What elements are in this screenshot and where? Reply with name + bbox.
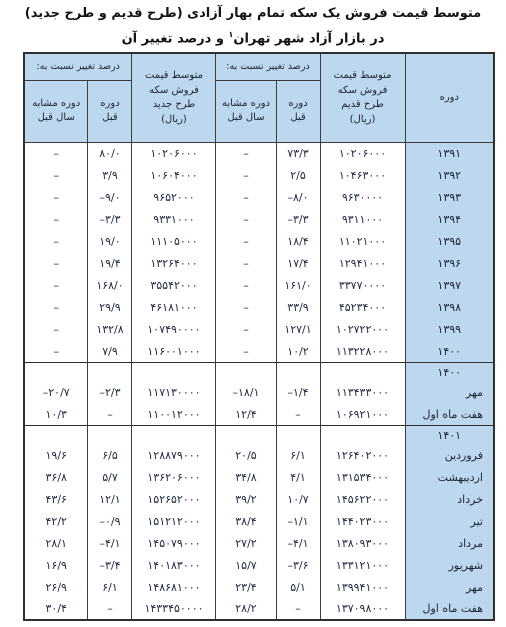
pct-change-cell: ۵/۷	[88, 466, 132, 488]
period-cell: ۱۳۹۹	[405, 318, 494, 340]
table-row: ۱۳۹۴۹۳۱۱۰۰۰–۳/۳–۹۳۳۱۰۰۰–۳/۳–	[24, 208, 494, 230]
period-cell: ۱۴۰۰	[405, 362, 494, 381]
old-price-cell: ۱۰۶۹۲۱۰۰۰	[320, 403, 405, 425]
period-cell: مهر	[405, 381, 494, 403]
pct-change-cell: –	[216, 208, 276, 230]
header-pct-change-old: درصد تغییر نسبت به:	[216, 53, 320, 80]
new-price-cell: ۴۶۱۸۱۰۰۰	[132, 296, 216, 318]
pct-change-cell: –۳/۴	[88, 554, 132, 576]
pct-change-cell: –	[24, 208, 88, 230]
period-cell: ۱۳۹۴	[405, 208, 494, 230]
period-cell: ۱۳۹۵	[405, 230, 494, 252]
pct-change-cell: –	[24, 186, 88, 208]
old-price-cell: ۱۳۳۱۲۱۰۰۰	[320, 554, 405, 576]
pct-change-cell: ۷/۹	[88, 340, 132, 362]
table-row: مهر۱۳۹۹۴۱۰۰۰۵/۱۲۳/۴۱۴۸۶۸۱۰۰۰۶/۱۲۶/۹	[24, 576, 494, 598]
pct-change-cell: ۳۳/۹	[276, 296, 320, 318]
pct-change-cell: –	[276, 598, 320, 620]
table-body: ۱۳۹۱۱۰۲۰۶۰۰۰۷۳/۳–۱۰۲۰۶۰۰۰۸۰/۰–۱۳۹۲۱۰۴۶۳۰…	[24, 142, 494, 620]
new-price-cell	[132, 425, 216, 444]
period-cell: خرداد	[405, 488, 494, 510]
period-cell: مرداد	[405, 532, 494, 554]
new-price-cell: ۱۱۷۱۳۰۰۰۰	[132, 381, 216, 403]
old-price-cell: ۱۱۳۲۲۸۰۰۰	[320, 340, 405, 362]
period-cell: ۱۳۹۸	[405, 296, 494, 318]
pct-change-cell: ۲۸/۲	[216, 598, 276, 620]
pct-change-cell: –	[24, 142, 88, 164]
pct-change-cell: ۱۰/۳	[24, 403, 88, 425]
old-price-cell: ۱۲۹۴۱۰۰۰	[320, 252, 405, 274]
pct-change-cell: –	[216, 164, 276, 186]
pct-change-cell: ۱۲۷/۱	[276, 318, 320, 340]
old-price-cell: ۱۳۸۰۹۳۰۰۰	[320, 532, 405, 554]
old-price-cell: ۹۶۳۰۰۰۰	[320, 186, 405, 208]
pct-change-cell: ۵/۱	[276, 576, 320, 598]
table-row: ۱۳۹۲۱۰۴۶۳۰۰۰۲/۵–۱۰۶۰۴۰۰۰۳/۹–	[24, 164, 494, 186]
table-row: ۱۳۹۷۳۳۷۷۰۰۰۰۱۶۱/۰–۳۵۵۴۲۰۰۰۱۶۸/۰–	[24, 274, 494, 296]
pct-change-cell: ۱۲/۴	[216, 403, 276, 425]
pct-change-cell	[24, 362, 88, 381]
table-row: ۱۳۹۳۹۶۳۰۰۰۰–۸/۰–۹۶۵۲۰۰۰–۹/۰–	[24, 186, 494, 208]
old-price-cell: ۱۴۴۰۲۳۰۰۰	[320, 510, 405, 532]
table-row: ۱۳۹۸۴۵۲۳۴۰۰۰۳۳/۹–۴۶۱۸۱۰۰۰۲۹/۹–	[24, 296, 494, 318]
new-price-cell: ۱۱۶۰۰۱۰۰۰	[132, 340, 216, 362]
new-price-cell: ۱۵۲۶۵۲۰۰۰	[132, 488, 216, 510]
pct-change-cell	[216, 362, 276, 381]
table-row: هفت ماه اول۱۰۶۹۲۱۰۰۰–۱۲/۴۱۱۰۰۱۲۰۰۰–۱۰/۳	[24, 403, 494, 425]
pct-change-cell: –	[276, 403, 320, 425]
title-line-2: در بازار آزاد شهر تهران۱ و درصد تغییر آن	[0, 24, 506, 49]
header-period: دوره	[405, 53, 494, 142]
pct-change-cell: ۱۶۱/۰	[276, 274, 320, 296]
table-header: دوره متوسط قیمت فروش سکه طرح قدیم (ریال)…	[24, 53, 494, 142]
header-pct-change-new: درصد تغییر نسبت به:	[24, 53, 132, 80]
pct-change-cell: ۶/۵	[88, 444, 132, 466]
pct-change-cell: –	[24, 274, 88, 296]
old-price-cell	[320, 425, 405, 444]
table-row: فروردین۱۲۶۴۰۲۰۰۰۶/۱۲۰/۵۱۲۸۸۷۹۰۰۰۶/۵۱۹/۶	[24, 444, 494, 466]
pct-change-cell	[24, 425, 88, 444]
pct-change-cell: ۱۰/۷	[276, 488, 320, 510]
pct-change-cell: ۳۹/۲	[216, 488, 276, 510]
pct-change-cell: –	[24, 318, 88, 340]
table-row: شهریور۱۳۳۱۲۱۰۰۰–۳/۶۱۵/۷۱۴۰۱۸۳۰۰۰–۳/۴۱۶/۹	[24, 554, 494, 576]
pct-change-cell: –	[216, 252, 276, 274]
new-price-cell: ۱۴۳۳۴۵۰۰۰۰	[132, 598, 216, 620]
old-price-cell: ۱۳۱۵۳۴۰۰۰	[320, 466, 405, 488]
period-cell: مهر	[405, 576, 494, 598]
pct-change-cell: –	[216, 274, 276, 296]
pct-change-cell: ۴۲/۲	[24, 510, 88, 532]
pct-change-cell: ۶/۱	[276, 444, 320, 466]
new-price-cell: ۱۴۵۰۷۹۰۰۰	[132, 532, 216, 554]
pct-change-cell: ۷۳/۳	[276, 142, 320, 164]
pct-change-cell: ۴/۱	[276, 466, 320, 488]
old-price-cell: ۱۰۲۰۶۰۰۰	[320, 142, 405, 164]
pct-change-cell: –۴/۱	[276, 532, 320, 554]
pct-change-cell: ۱۹/۰	[88, 230, 132, 252]
pct-change-cell: –	[216, 142, 276, 164]
pct-change-cell: ۱۶/۹	[24, 554, 88, 576]
pct-change-cell: –۸/۰	[276, 186, 320, 208]
new-price-cell: ۱۱۰۰۱۲۰۰۰	[132, 403, 216, 425]
period-cell: اردیبهشت	[405, 466, 494, 488]
pct-change-cell: –	[216, 296, 276, 318]
new-price-cell: ۹۳۳۱۰۰۰	[132, 208, 216, 230]
pct-change-cell: –۳/۶	[276, 554, 320, 576]
header-prev-period-old: دوره قبل	[276, 80, 320, 142]
header-same-period-old: دوره مشابه سال قبل	[216, 80, 276, 142]
period-cell: ۱۳۹۳	[405, 186, 494, 208]
pct-change-cell: –۱۸/۱	[216, 381, 276, 403]
pct-change-cell: –	[216, 318, 276, 340]
pct-change-cell: –۳/۳	[276, 208, 320, 230]
pct-change-cell: –	[216, 230, 276, 252]
pct-change-cell: ۲۷/۲	[216, 532, 276, 554]
new-price-cell: ۱۱۱۰۵۰۰۰	[132, 230, 216, 252]
header-old-price: متوسط قیمت فروش سکه طرح قدیم (ریال)	[320, 53, 405, 142]
pct-change-cell: ۲۹/۹	[88, 296, 132, 318]
new-price-cell	[132, 362, 216, 381]
new-price-cell: ۹۶۵۲۰۰۰	[132, 186, 216, 208]
pct-change-cell: ۱۸/۴	[276, 230, 320, 252]
pct-change-cell	[276, 362, 320, 381]
pct-change-cell: –۲/۳	[88, 381, 132, 403]
table-row: ۱۳۹۶۱۲۹۴۱۰۰۰۱۷/۴–۱۳۲۶۴۰۰۰۱۹/۴–	[24, 252, 494, 274]
old-price-cell: ۱۳۹۹۴۱۰۰۰	[320, 576, 405, 598]
pct-change-cell: –۰/۹	[88, 510, 132, 532]
old-price-cell: ۱۴۵۶۲۲۰۰۰	[320, 488, 405, 510]
old-price-cell: ۹۳۱۱۰۰۰	[320, 208, 405, 230]
table-row: مرداد۱۳۸۰۹۳۰۰۰–۴/۱۲۷/۲۱۴۵۰۷۹۰۰۰–۴/۱۲۸/۱	[24, 532, 494, 554]
period-cell: هفت ماه اول	[405, 403, 494, 425]
year-header-row: ۱۴۰۰	[24, 362, 494, 381]
new-price-cell: ۳۵۵۴۲۰۰۰	[132, 274, 216, 296]
table-row: ۱۳۹۹۱۰۲۷۲۲۰۰۰۱۲۷/۱–۱۰۷۴۹۰۰۰۰۱۳۲/۸–	[24, 318, 494, 340]
pct-change-cell: –۹/۰	[88, 186, 132, 208]
pct-change-cell: ۲۶/۹	[24, 576, 88, 598]
old-price-cell: ۱۰۲۷۲۲۰۰۰	[320, 318, 405, 340]
pct-change-cell: ۳/۹	[88, 164, 132, 186]
pct-change-cell: ۲/۵	[276, 164, 320, 186]
period-cell: تیر	[405, 510, 494, 532]
header-prev-period-new: دوره قبل	[88, 80, 132, 142]
title-line-1: متوسط قیمت فروش یک سکه تمام بهار آزادی (…	[0, 3, 506, 24]
pct-change-cell: ۱۳۲/۸	[88, 318, 132, 340]
table-row: اردیبهشت۱۳۱۵۳۴۰۰۰۴/۱۳۴/۸۱۳۶۲۰۶۰۰۰۵/۷۳۶/۸	[24, 466, 494, 488]
pct-change-cell: ۲۳/۴	[216, 576, 276, 598]
pct-change-cell	[88, 425, 132, 444]
pct-change-cell: ۸۰/۰	[88, 142, 132, 164]
pct-change-cell: –۳/۳	[88, 208, 132, 230]
pct-change-cell	[216, 425, 276, 444]
document-page: متوسط قیمت فروش یک سکه تمام بهار آزادی (…	[0, 0, 506, 627]
old-price-cell: ۱۳۷۰۹۸۰۰۰	[320, 598, 405, 620]
pct-change-cell: –	[88, 403, 132, 425]
table-row: هفت ماه اول۱۳۷۰۹۸۰۰۰–۲۸/۲۱۴۳۳۴۵۰۰۰۰–۳۰/۴	[24, 598, 494, 620]
table-row: ۱۳۹۵۱۱۰۲۱۰۰۰۱۸/۴–۱۱۱۰۵۰۰۰۱۹/۰–	[24, 230, 494, 252]
period-cell: ۱۳۹۶	[405, 252, 494, 274]
table-row: خرداد۱۴۵۶۲۲۰۰۰۱۰/۷۳۹/۲۱۵۲۶۵۲۰۰۰۱۲/۱۴۳/۶	[24, 488, 494, 510]
pct-change-cell: ۴۳/۶	[24, 488, 88, 510]
new-price-cell: ۱۳۲۶۴۰۰۰	[132, 252, 216, 274]
pct-change-cell	[88, 362, 132, 381]
pct-change-cell: ۱۹/۶	[24, 444, 88, 466]
new-price-cell: ۱۴۰۱۸۳۰۰۰	[132, 554, 216, 576]
new-price-cell: ۱۰۲۰۶۰۰۰	[132, 142, 216, 164]
year-header-row: ۱۴۰۱	[24, 425, 494, 444]
table-row: ۱۳۹۱۱۰۲۰۶۰۰۰۷۳/۳–۱۰۲۰۶۰۰۰۸۰/۰–	[24, 142, 494, 164]
old-price-cell: ۱۰۴۶۳۰۰۰	[320, 164, 405, 186]
old-price-cell: ۳۳۷۷۰۰۰۰	[320, 274, 405, 296]
pct-change-cell: –۴/۱	[88, 532, 132, 554]
period-cell: ۱۳۹۱	[405, 142, 494, 164]
period-cell: شهریور	[405, 554, 494, 576]
header-same-period-new: دوره مشابه سال قبل	[24, 80, 88, 142]
new-price-cell: ۱۰۷۴۹۰۰۰۰	[132, 318, 216, 340]
pct-change-cell: ۱۷/۴	[276, 252, 320, 274]
table-row: ۱۴۰۰۱۱۳۲۲۸۰۰۰۱۰/۲–۱۱۶۰۰۱۰۰۰۷/۹–	[24, 340, 494, 362]
new-price-cell: ۱۳۶۲۰۶۰۰۰	[132, 466, 216, 488]
pct-change-cell: ۱۲/۱	[88, 488, 132, 510]
period-cell: ۱۳۹۲	[405, 164, 494, 186]
pct-change-cell: –	[24, 296, 88, 318]
old-price-cell	[320, 362, 405, 381]
pct-change-cell: –	[24, 252, 88, 274]
old-price-cell: ۱۲۶۴۰۲۰۰۰	[320, 444, 405, 466]
pct-change-cell: ۳۰/۴	[24, 598, 88, 620]
table-row: تیر۱۴۴۰۲۳۰۰۰–۱/۱۳۸/۴۱۵۱۲۱۲۰۰۰–۰/۹۴۲/۲	[24, 510, 494, 532]
period-cell: فروردین	[405, 444, 494, 466]
old-price-cell: ۱۱۰۲۱۰۰۰	[320, 230, 405, 252]
pct-change-cell: ۳۸/۴	[216, 510, 276, 532]
page-title: متوسط قیمت فروش یک سکه تمام بهار آزادی (…	[0, 0, 506, 49]
pct-change-cell: ۲۰/۵	[216, 444, 276, 466]
pct-change-cell: –۲۰/۷	[24, 381, 88, 403]
pct-change-cell: ۳۴/۸	[216, 466, 276, 488]
pct-change-cell: ۶/۱	[88, 576, 132, 598]
period-cell: ۱۴۰۰	[405, 340, 494, 362]
new-price-cell: ۱۲۸۸۷۹۰۰۰	[132, 444, 216, 466]
pct-change-cell: –	[24, 164, 88, 186]
pct-change-cell	[276, 425, 320, 444]
period-cell: ۱۳۹۷	[405, 274, 494, 296]
period-cell: ۱۴۰۱	[405, 425, 494, 444]
coin-price-table: دوره متوسط قیمت فروش سکه طرح قدیم (ریال)…	[23, 52, 495, 621]
new-price-cell: ۱۴۸۶۸۱۰۰۰	[132, 576, 216, 598]
period-cell: هفت ماه اول	[405, 598, 494, 620]
new-price-cell: ۱۰۶۰۴۰۰۰	[132, 164, 216, 186]
old-price-cell: ۱۱۳۴۳۳۰۰۰	[320, 381, 405, 403]
pct-change-cell: ۱۵/۷	[216, 554, 276, 576]
pct-change-cell: –۱/۴	[276, 381, 320, 403]
pct-change-cell: –	[24, 230, 88, 252]
new-price-cell: ۱۵۱۲۱۲۰۰۰	[132, 510, 216, 532]
pct-change-cell: –	[216, 340, 276, 362]
pct-change-cell: ۱۰/۲	[276, 340, 320, 362]
old-price-cell: ۴۵۲۳۴۰۰۰	[320, 296, 405, 318]
pct-change-cell: ۳۶/۸	[24, 466, 88, 488]
header-new-price: متوسط قیمت فروش سکه طرح جدید (ریال)	[132, 53, 216, 142]
pct-change-cell: ۱۶۸/۰	[88, 274, 132, 296]
table-row: مهر۱۱۳۴۳۳۰۰۰–۱/۴–۱۸/۱۱۱۷۱۳۰۰۰۰–۲/۳–۲۰/۷	[24, 381, 494, 403]
pct-change-cell: ۱۹/۴	[88, 252, 132, 274]
pct-change-cell: –	[88, 598, 132, 620]
pct-change-cell: –۱/۱	[276, 510, 320, 532]
pct-change-cell: –	[24, 340, 88, 362]
pct-change-cell: ۲۸/۱	[24, 532, 88, 554]
pct-change-cell: –	[216, 186, 276, 208]
